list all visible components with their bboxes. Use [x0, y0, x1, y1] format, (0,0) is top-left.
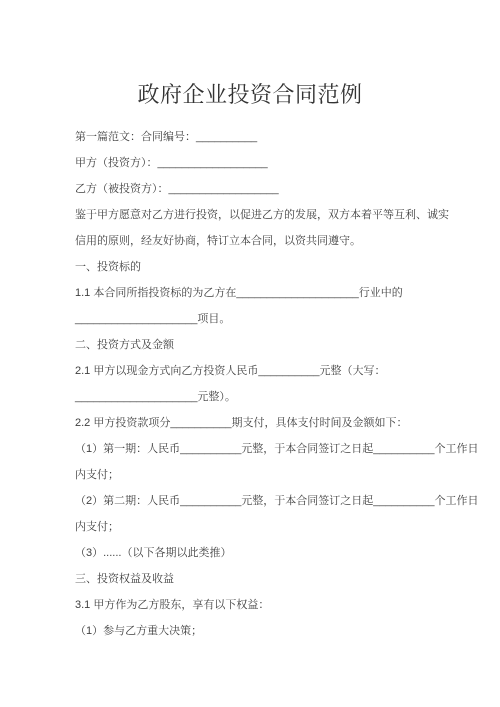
line-clause-2-1a: 2.1 甲方以现金方式向乙方投资人民币__________元整（大写：	[75, 358, 460, 384]
line-installment-etc: （3）......（以下各期以此类推）	[75, 540, 460, 566]
line-clause-2-2: 2.2 甲方投资款项分__________期支付，具体支付时间及金额如下：	[75, 410, 460, 436]
line-party-a: 甲方（投资方）：__________________	[75, 150, 460, 176]
section-3-heading: 三、投资权益及收益	[75, 566, 460, 592]
line-clause-2-1b: ____________________元整）。	[75, 384, 460, 410]
line-contract-number: 第一篇范文：合同编号：__________	[75, 124, 460, 150]
line-preamble-1: 鉴于甲方愿意对乙方进行投资，以促进乙方的发展，双方本着平等互利、诚实	[75, 202, 460, 228]
document-title: 政府企业投资合同范例	[0, 0, 500, 110]
line-installment-1b: 内支付；	[75, 462, 460, 488]
section-2-heading: 二、投资方式及金额	[75, 332, 460, 358]
line-clause-1-1b: ____________________项目。	[75, 306, 460, 332]
contract-document-page: 政府企业投资合同范例 第一篇范文：合同编号：__________ 甲方（投资方）…	[0, 0, 500, 707]
line-installment-2b: 内支付；	[75, 514, 460, 540]
line-right-1: （1）参与乙方重大决策；	[75, 618, 460, 644]
line-preamble-2: 信用的原则，经友好协商，特订立本合同，以资共同遵守。	[75, 228, 460, 254]
section-1-heading: 一、投资标的	[75, 254, 460, 280]
line-installment-1a: （1）第一期：人民币__________元整，于本合同签订之日起________…	[75, 436, 460, 462]
line-clause-1-1a: 1.1 本合同所指投资标的为乙方在____________________行业中…	[75, 280, 460, 306]
line-party-b: 乙方（被投资方）：__________________	[75, 176, 460, 202]
line-installment-2a: （2）第二期：人民币__________元整，于本合同签订之日起________…	[75, 488, 460, 514]
line-clause-3-1: 3.1 甲方作为乙方股东，享有以下权益：	[75, 592, 460, 618]
document-body: 第一篇范文：合同编号：__________ 甲方（投资方）：__________…	[0, 110, 500, 644]
